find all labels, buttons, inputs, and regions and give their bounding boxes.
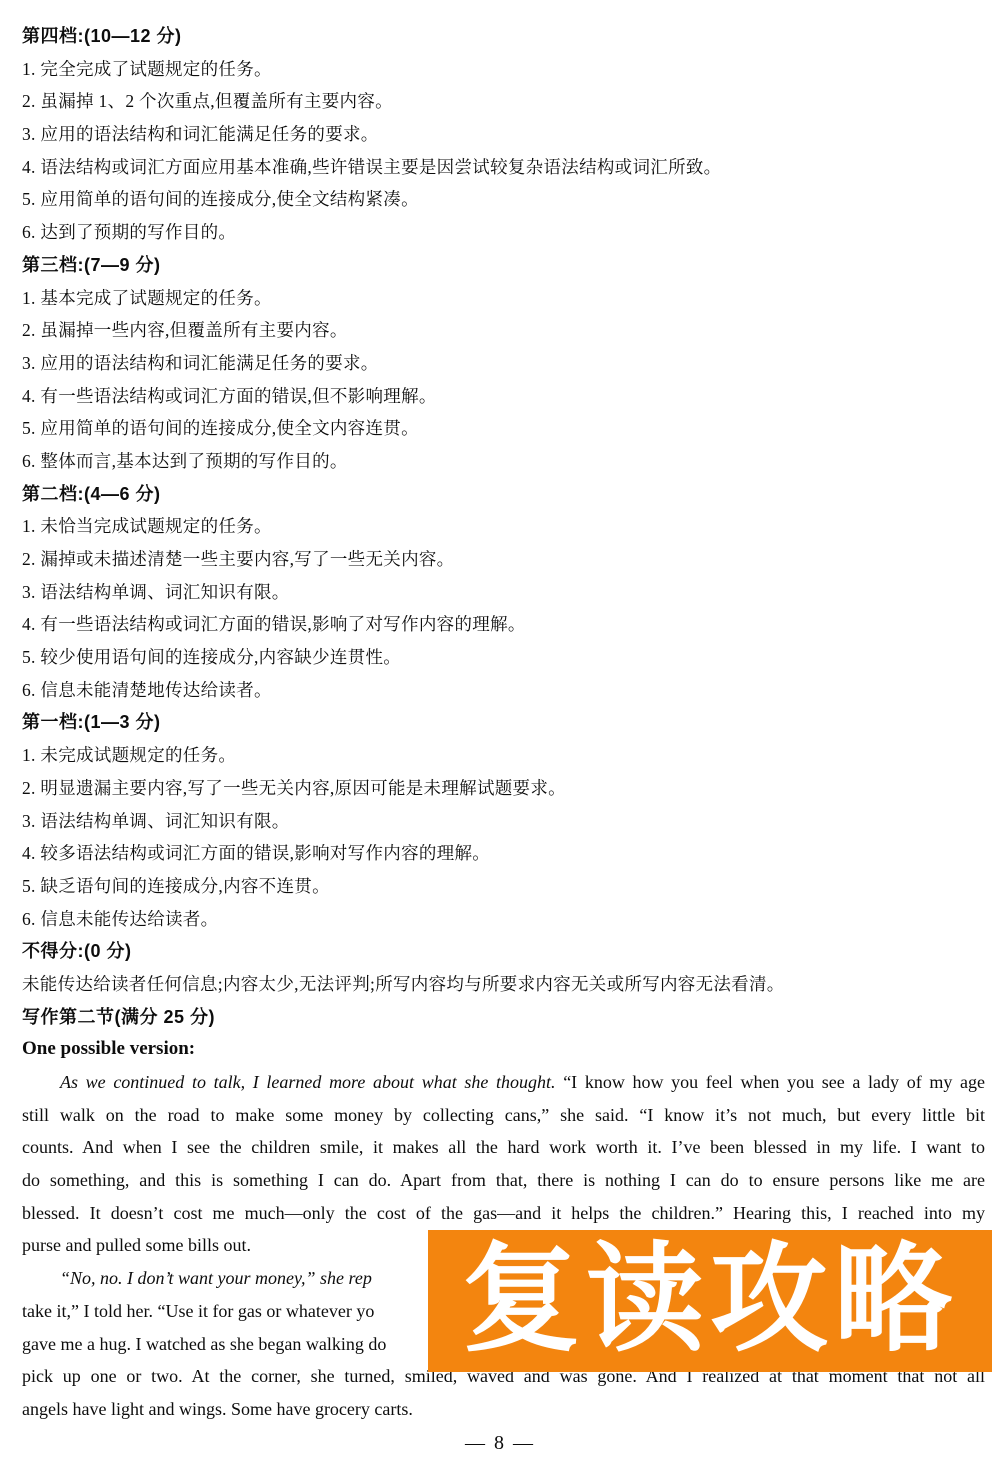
document-page: 第四档:(10—12 分)1. 完全完成了试题规定的任务。2. 虽漏掉 1、2 … <box>0 0 1000 1480</box>
scoring-rubric: 第四档:(10—12 分)1. 完全完成了试题规定的任务。2. 虽漏掉 1、2 … <box>22 20 985 1001</box>
essay-text-italic: “No, no. I don’t want your money,” she r… <box>60 1268 372 1288</box>
rubric-band-title: 第二档:(4—6 分) <box>22 478 985 511</box>
rubric-item: 3. 语法结构单调、词汇知识有限。 <box>22 805 985 838</box>
rubric-item: 6. 信息未能传达给读者。 <box>22 903 985 936</box>
rubric-item: 5. 应用简单的语句间的连接成分,使全文结构紧凑。 <box>22 183 985 216</box>
rubric-item: 5. 较少使用语句间的连接成分,内容缺少连贯性。 <box>22 641 985 674</box>
rubric-item: 3. 语法结构单调、词汇知识有限。 <box>22 576 985 609</box>
rubric-item: 1. 基本完成了试题规定的任务。 <box>22 282 985 315</box>
essay-text: gave me a hug. I watched as she began wa… <box>22 1334 386 1354</box>
content-flow: 第四档:(10—12 分)1. 完全完成了试题规定的任务。2. 虽漏掉 1、2 … <box>0 0 1000 1426</box>
watermark-overlay: 复读攻略 <box>428 1230 992 1372</box>
rubric-item: 1. 未完成试题规定的任务。 <box>22 739 985 772</box>
rubric-item: 2. 明显遗漏主要内容,写了一些无关内容,原因可能是未理解试题要求。 <box>22 772 985 805</box>
rubric-item: 4. 有一些语法结构或词汇方面的错误,影响了对写作内容的理解。 <box>22 608 985 641</box>
essay-text: purse and pulled some bills out. <box>22 1235 251 1255</box>
rubric-item: 4. 有一些语法结构或词汇方面的错误,但不影响理解。 <box>22 380 985 413</box>
rubric-item: 6. 整体而言,基本达到了预期的写作目的。 <box>22 445 985 478</box>
rubric-item: 4. 语法结构或词汇方面应用基本准确,些许错误主要是因尝试较复杂语法结构或词汇所… <box>22 151 985 184</box>
essay-text: angels have light and wings. Some have g… <box>22 1399 413 1419</box>
essay-text-italic: As we continued to talk, I learned more … <box>60 1072 556 1092</box>
rubric-item: 1. 完全完成了试题规定的任务。 <box>22 53 985 86</box>
rubric-item: 2. 虽漏掉一些内容,但覆盖所有主要内容。 <box>22 314 985 347</box>
rubric-item: 2. 漏掉或未描述清楚一些主要内容,写了一些无关内容。 <box>22 543 985 576</box>
rubric-item: 1. 未恰当完成试题规定的任务。 <box>22 510 985 543</box>
essay-line: counts. And when I see the children smil… <box>22 1131 985 1164</box>
essay-text: do something, and this is something I ca… <box>22 1170 985 1190</box>
rubric-item: 5. 缺乏语句间的连接成分,内容不连贯。 <box>22 870 985 903</box>
essay-line: blessed. It doesn’t cost me much—only th… <box>22 1197 985 1230</box>
rubric-band-title: 第三档:(7—9 分) <box>22 249 985 282</box>
rubric-item: 4. 较多语法结构或词汇方面的错误,影响对写作内容的理解。 <box>22 837 985 870</box>
essay-text: take it,” I told her. “Use it for gas or… <box>22 1301 374 1321</box>
rubric-item: 6. 信息未能清楚地传达给读者。 <box>22 674 985 707</box>
page-number: — 8 — <box>0 1432 1000 1455</box>
rubric-item: 3. 应用的语法结构和词汇能满足任务的要求。 <box>22 347 985 380</box>
rubric-zero-title: 不得分:(0 分) <box>22 935 985 968</box>
essay-line: As we continued to talk, I learned more … <box>22 1066 985 1099</box>
rubric-band-title: 第四档:(10—12 分) <box>22 20 985 53</box>
rubric-band-title: 第一档:(1—3 分) <box>22 706 985 739</box>
writing-section-title: 写作第二节(满分 25 分) <box>22 1001 985 1034</box>
sample-version-label: One possible version: <box>22 1033 985 1066</box>
essay-line: do something, and this is something I ca… <box>22 1164 985 1197</box>
essay-text: blessed. It doesn’t cost me much—only th… <box>22 1203 985 1223</box>
rubric-item: 5. 应用简单的语句间的连接成分,使全文内容连贯。 <box>22 412 985 445</box>
rubric-item: 3. 应用的语法结构和词汇能满足任务的要求。 <box>22 118 985 151</box>
rubric-item: 2. 虽漏掉 1、2 个次重点,但覆盖所有主要内容。 <box>22 85 985 118</box>
essay-line: angels have light and wings. Some have g… <box>22 1393 985 1426</box>
essay-text: still walk on the road to make some mone… <box>22 1105 985 1125</box>
essay-text: counts. And when I see the children smil… <box>22 1137 985 1157</box>
rubric-item: 6. 达到了预期的写作目的。 <box>22 216 985 249</box>
rubric-zero-text: 未能传达给读者任何信息;内容太少,无法评判;所写内容均与所要求内容无关或所写内容… <box>22 968 985 1001</box>
essay-text: “I know how you feel when you see a lady… <box>556 1072 985 1092</box>
essay-line: still walk on the road to make some mone… <box>22 1099 985 1132</box>
